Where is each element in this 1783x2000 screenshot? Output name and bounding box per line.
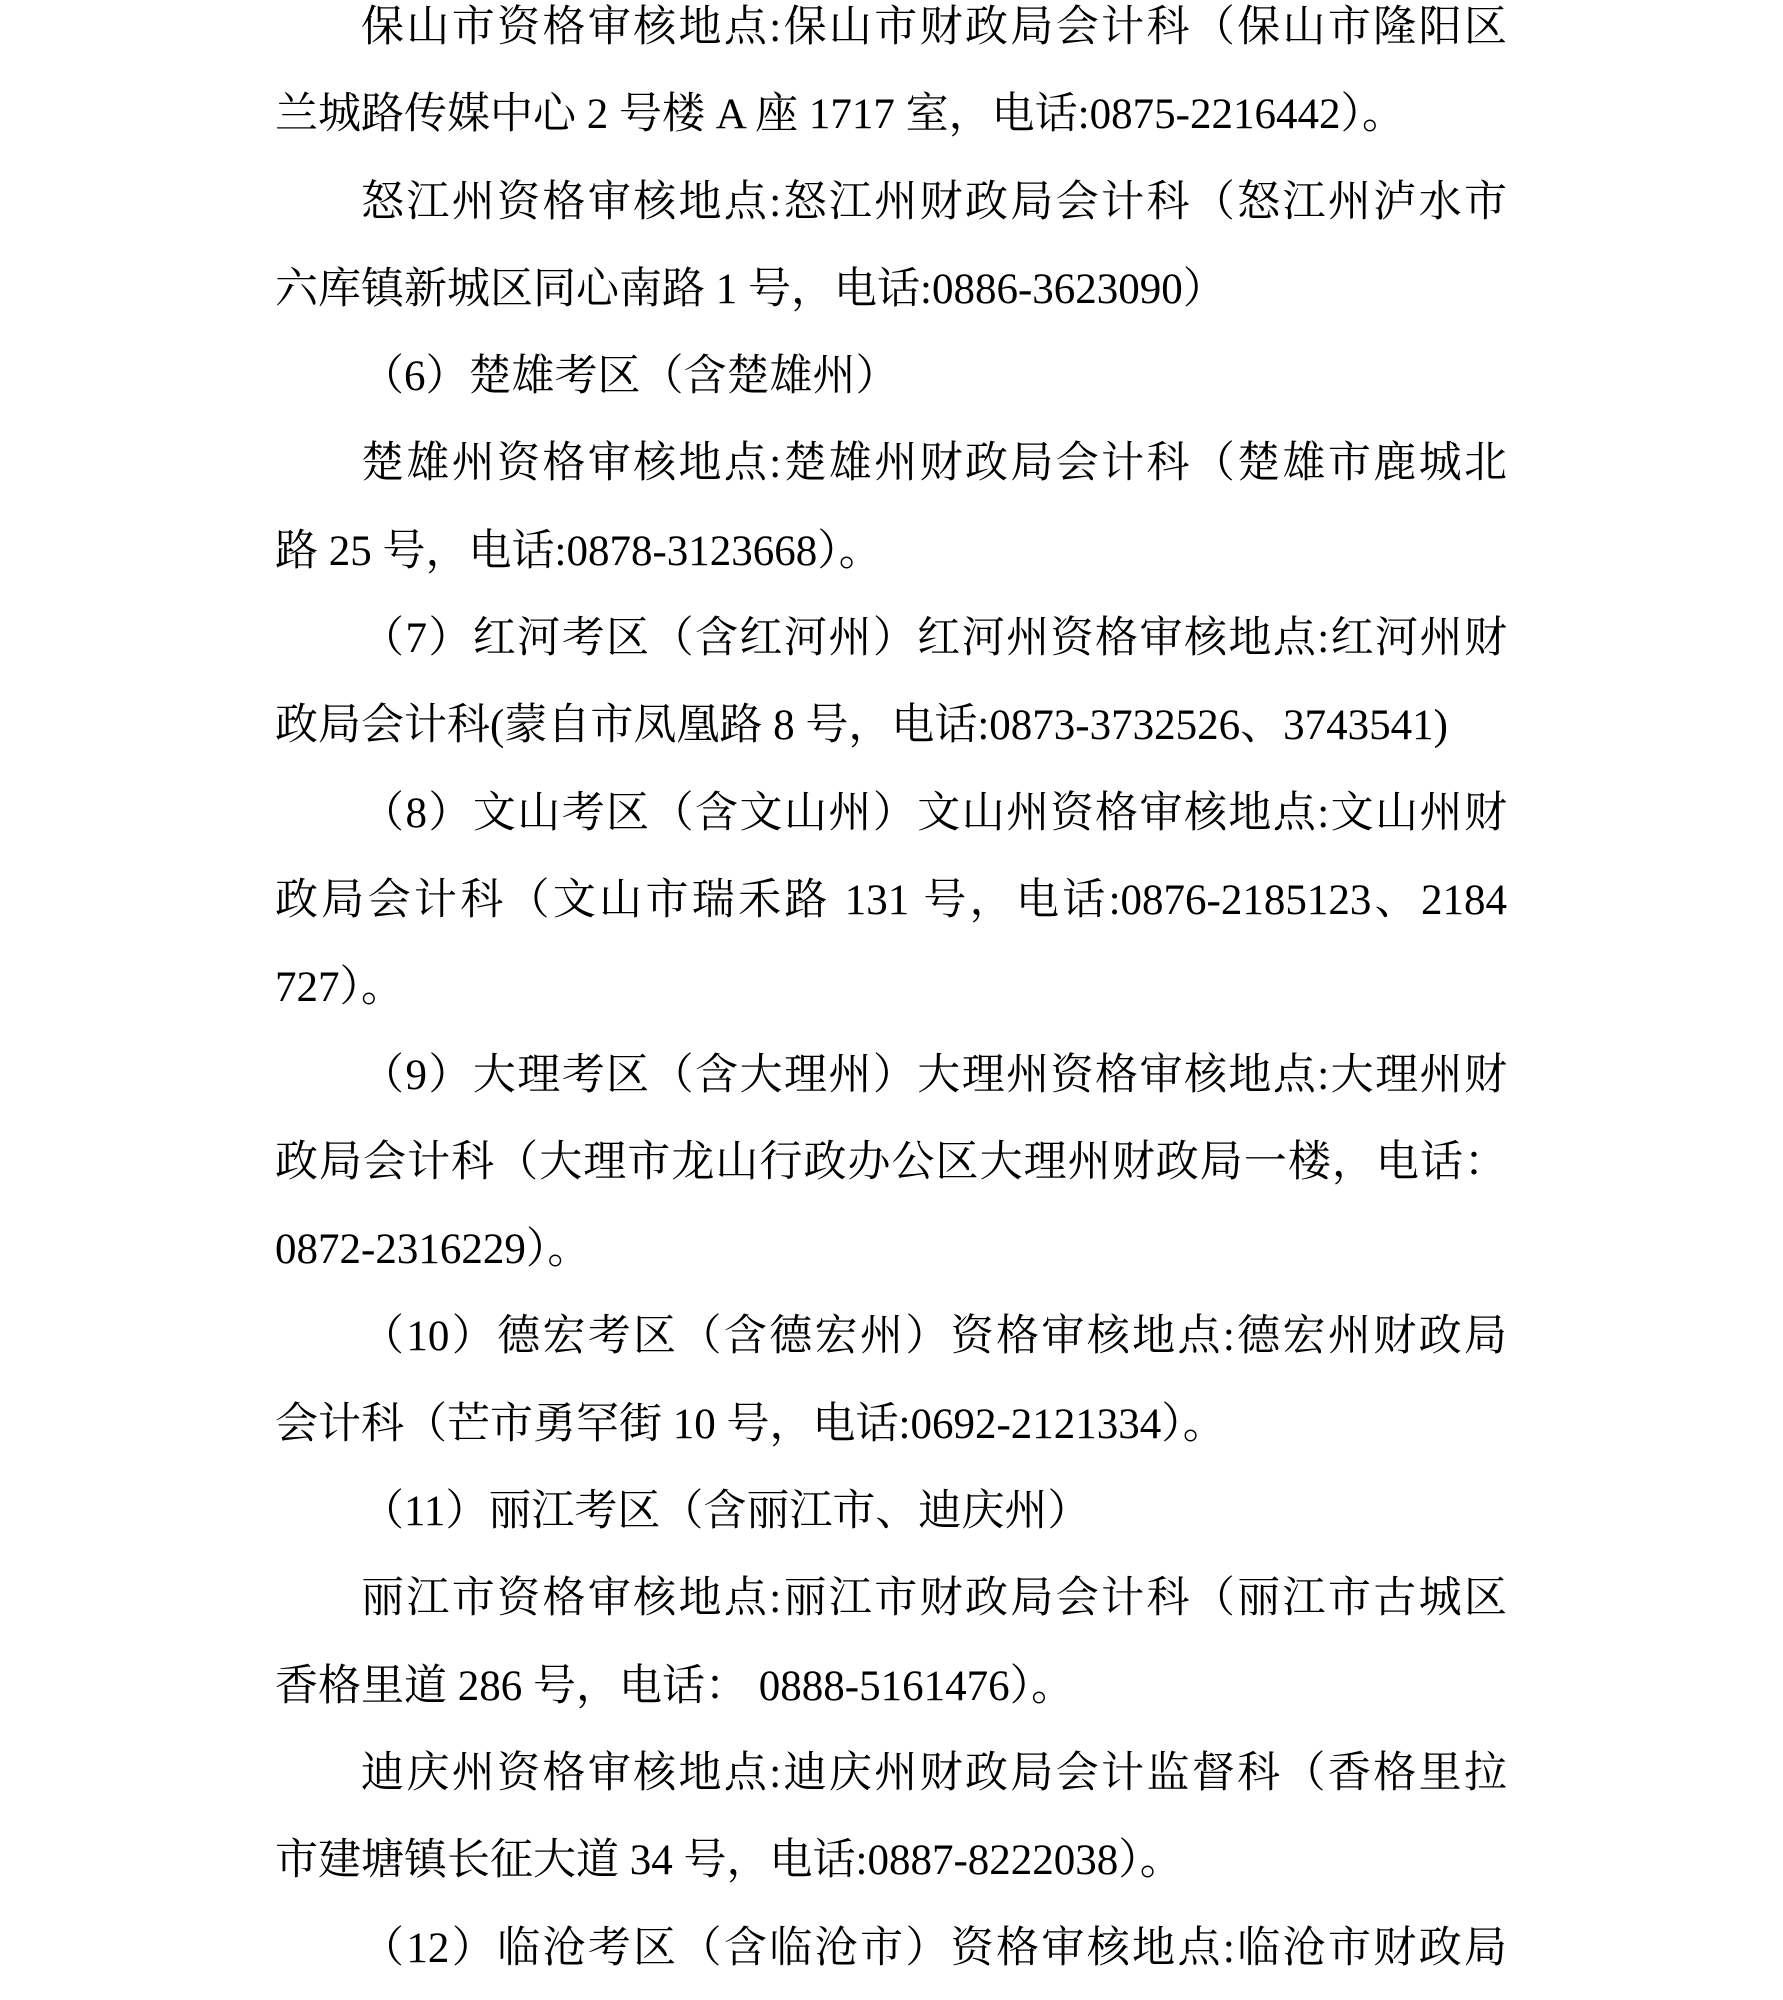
text-line: 迪庆州资格审核地点:迪庆州财政局会计监督科（香格里拉 <box>275 1730 1507 1817</box>
text-line: 香格里道 286 号，电话： 0888-5161476）。 <box>275 1643 1507 1730</box>
text-line: 0872-2316229）。 <box>275 1206 1507 1293</box>
text-line: （10）德宏考区（含德宏州）资格审核地点:德宏州财政局 <box>275 1293 1507 1380</box>
text-line: 怒江州资格审核地点:怒江州财政局会计科（怒江州泸水市 <box>275 159 1507 246</box>
text-line: （12）临沧考区（含临沧市）资格审核地点:临沧市财政局 <box>275 1905 1507 1992</box>
text-line: （11）丽江考区（含丽江市、迪庆州） <box>275 1468 1507 1555</box>
text-line: 727）。 <box>275 944 1507 1031</box>
text-line: 市建塘镇长征大道 34 号，电话:0887-8222038）。 <box>275 1817 1507 1904</box>
text-line: 保山市资格审核地点:保山市财政局会计科（保山市隆阳区 <box>275 0 1507 71</box>
text-line: 会计科（芒市勇罕街 10 号，电话:0692-2121334）。 <box>275 1381 1507 1468</box>
text-line: 政局会计科（文山市瑞禾路 131 号，电话:0876-2185123、2184 <box>275 857 1507 944</box>
text-line: 路 25 号，电话:0878-3123668）。 <box>275 508 1507 595</box>
text-line: （8）文山考区（含文山州）文山州资格审核地点:文山州财 <box>275 770 1507 857</box>
text-line: （7）红河考区（含红河州）红河州资格审核地点:红河州财 <box>275 595 1507 682</box>
text-line: （6）楚雄考区（含楚雄州） <box>275 333 1507 420</box>
document-body: 保山市资格审核地点:保山市财政局会计科（保山市隆阳区 兰城路传媒中心 2 号楼 … <box>275 0 1507 1992</box>
text-line: 楚雄州资格审核地点:楚雄州财政局会计科（楚雄市鹿城北 <box>275 420 1507 507</box>
text-line: 政局会计科（大理市龙山行政办公区大理州财政局一楼，电话： <box>275 1119 1507 1206</box>
text-line: 丽江市资格审核地点:丽江市财政局会计科（丽江市古城区 <box>275 1555 1507 1642</box>
document-page: 保山市资格审核地点:保山市财政局会计科（保山市隆阳区 兰城路传媒中心 2 号楼 … <box>0 0 1783 2000</box>
text-line: （9）大理考区（含大理州）大理州资格审核地点:大理州财 <box>275 1032 1507 1119</box>
text-line: 政局会计科(蒙自市凤凰路 8 号，电话:0873-3732526、3743541… <box>275 682 1507 769</box>
text-line: 六库镇新城区同心南路 1 号，电话:0886-3623090） <box>275 246 1507 333</box>
text-line: 兰城路传媒中心 2 号楼 A 座 1717 室，电话:0875-2216442）… <box>275 71 1507 158</box>
